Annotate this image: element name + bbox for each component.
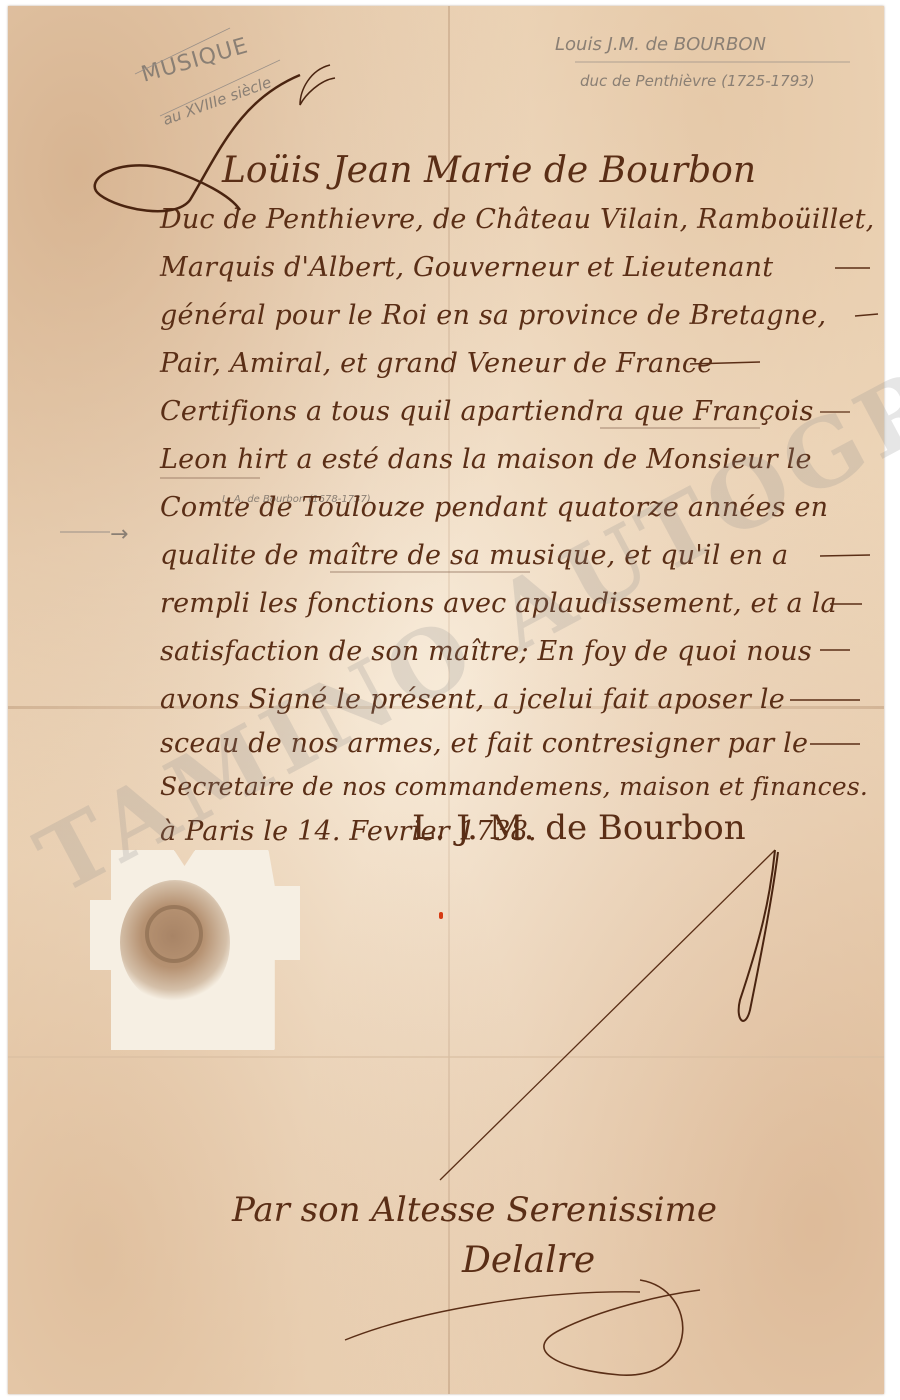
calligraphic-flourishes [0,0,900,1400]
